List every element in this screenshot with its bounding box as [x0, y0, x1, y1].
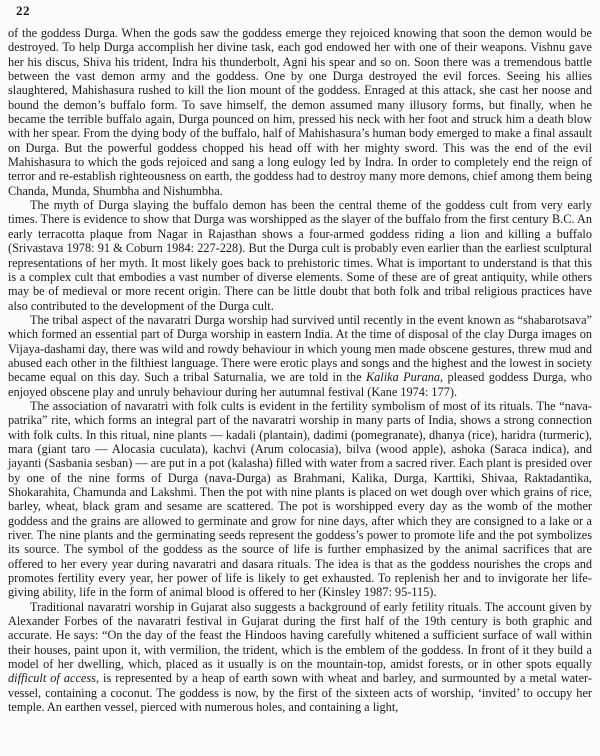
italic-text-segment: difficult of access	[8, 671, 96, 685]
paragraph: Traditional navaratri worship in Gujarat…	[8, 600, 592, 715]
page-number: 22	[16, 3, 30, 19]
scanned-book-page: 22 of the goddess Durga. When the gods s…	[0, 0, 600, 756]
text-segment: of the goddess Durga. When the gods saw …	[8, 26, 592, 198]
paragraph: The myth of Durga slaying the buffalo de…	[8, 198, 592, 313]
text-segment: , is represented by a heap of earth sown…	[8, 671, 592, 714]
text-segment: The association of navaratri with folk c…	[8, 399, 592, 599]
paragraph: The association of navaratri with folk c…	[8, 399, 592, 600]
page-body-text: of the goddess Durga. When the gods saw …	[8, 26, 592, 715]
text-segment: Traditional navaratri worship in Gujarat…	[8, 600, 592, 671]
italic-text-segment: Kalika Purana	[366, 370, 440, 384]
paragraph: The tribal aspect of the navaratri Durga…	[8, 313, 592, 399]
paragraph: of the goddess Durga. When the gods saw …	[8, 26, 592, 198]
text-segment: The myth of Durga slaying the buffalo de…	[8, 198, 592, 312]
